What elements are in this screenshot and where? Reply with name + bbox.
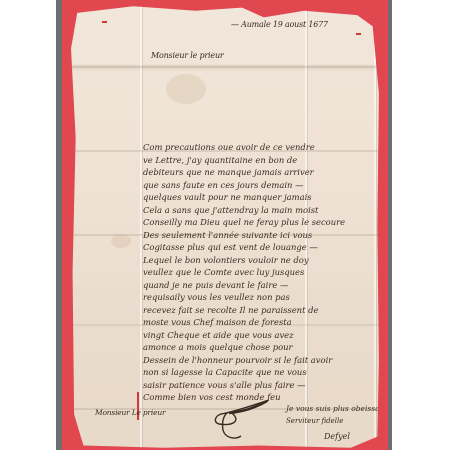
dateline: — Aumale 19 aoust 1677	[231, 20, 328, 29]
letter-body: Com precautions oue avoir de ce vendre v…	[143, 141, 379, 404]
signature: Defyel	[324, 432, 350, 441]
body-line: veullez que le Comte avec luy jusques	[143, 266, 379, 279]
paper-stain	[166, 74, 206, 104]
body-line: Cogitasse plus qui est vent de louange —	[143, 241, 379, 254]
body-line: Conseilly ma Dieu quel ne feray plus le …	[143, 216, 379, 229]
closing-line: Serviteur fidelle	[286, 417, 343, 425]
closing-line: Je vous suis plus obeissant	[286, 404, 387, 413]
red-pin-mark	[102, 21, 107, 23]
body-line: requisaily vous les veullez non pas	[143, 291, 379, 304]
addressee: Monsieur Le prieur	[95, 408, 165, 417]
body-line: Des seulement l'année suivante ici vous	[143, 229, 379, 242]
body-line: non si lagesse la Capacite que ne vous	[143, 366, 379, 379]
body-line: vingt Cheque et aide que vous avez	[143, 329, 379, 342]
signature-flourish-icon	[211, 396, 271, 442]
salutation: Monsieur le prieur	[151, 51, 224, 60]
body-line: amonce a mois quelque chose pour	[143, 341, 379, 354]
body-line: debiteurs que ne manque jamais arriver	[143, 166, 379, 179]
body-line: moste vous Chef maison de foresta	[143, 316, 379, 329]
horizontal-fold	[71, 66, 382, 68]
body-line: quelques vault pour ne manquer jamais	[143, 191, 379, 204]
letter-paper: — Aumale 19 aoust 1677 Monsieur le prieu…	[71, 4, 382, 450]
body-line: ve Lettre, j'ay quantitaine en bon de	[143, 154, 379, 167]
paper-stain	[111, 234, 131, 248]
body-line: Lequel le bon volontiers vouloir ne doy	[143, 254, 379, 267]
body-line: Com precautions oue avoir de ce vendre	[143, 141, 379, 154]
red-pin-mark	[356, 33, 361, 35]
body-line: Dessein de l'honneur pourvoir si le fait…	[143, 354, 379, 367]
vertical-fold	[140, 4, 142, 450]
body-line: saisir patience vous s'alle plus faire —	[143, 379, 379, 392]
body-line: que sans faute en ces jours demain —	[143, 179, 379, 192]
body-line: recevez fait se recolte Il ne paraissent…	[143, 304, 379, 317]
body-line: Cela a sans que j'attendray la main mois…	[143, 204, 379, 217]
body-line: quand je ne puis devant le faire —	[143, 279, 379, 292]
